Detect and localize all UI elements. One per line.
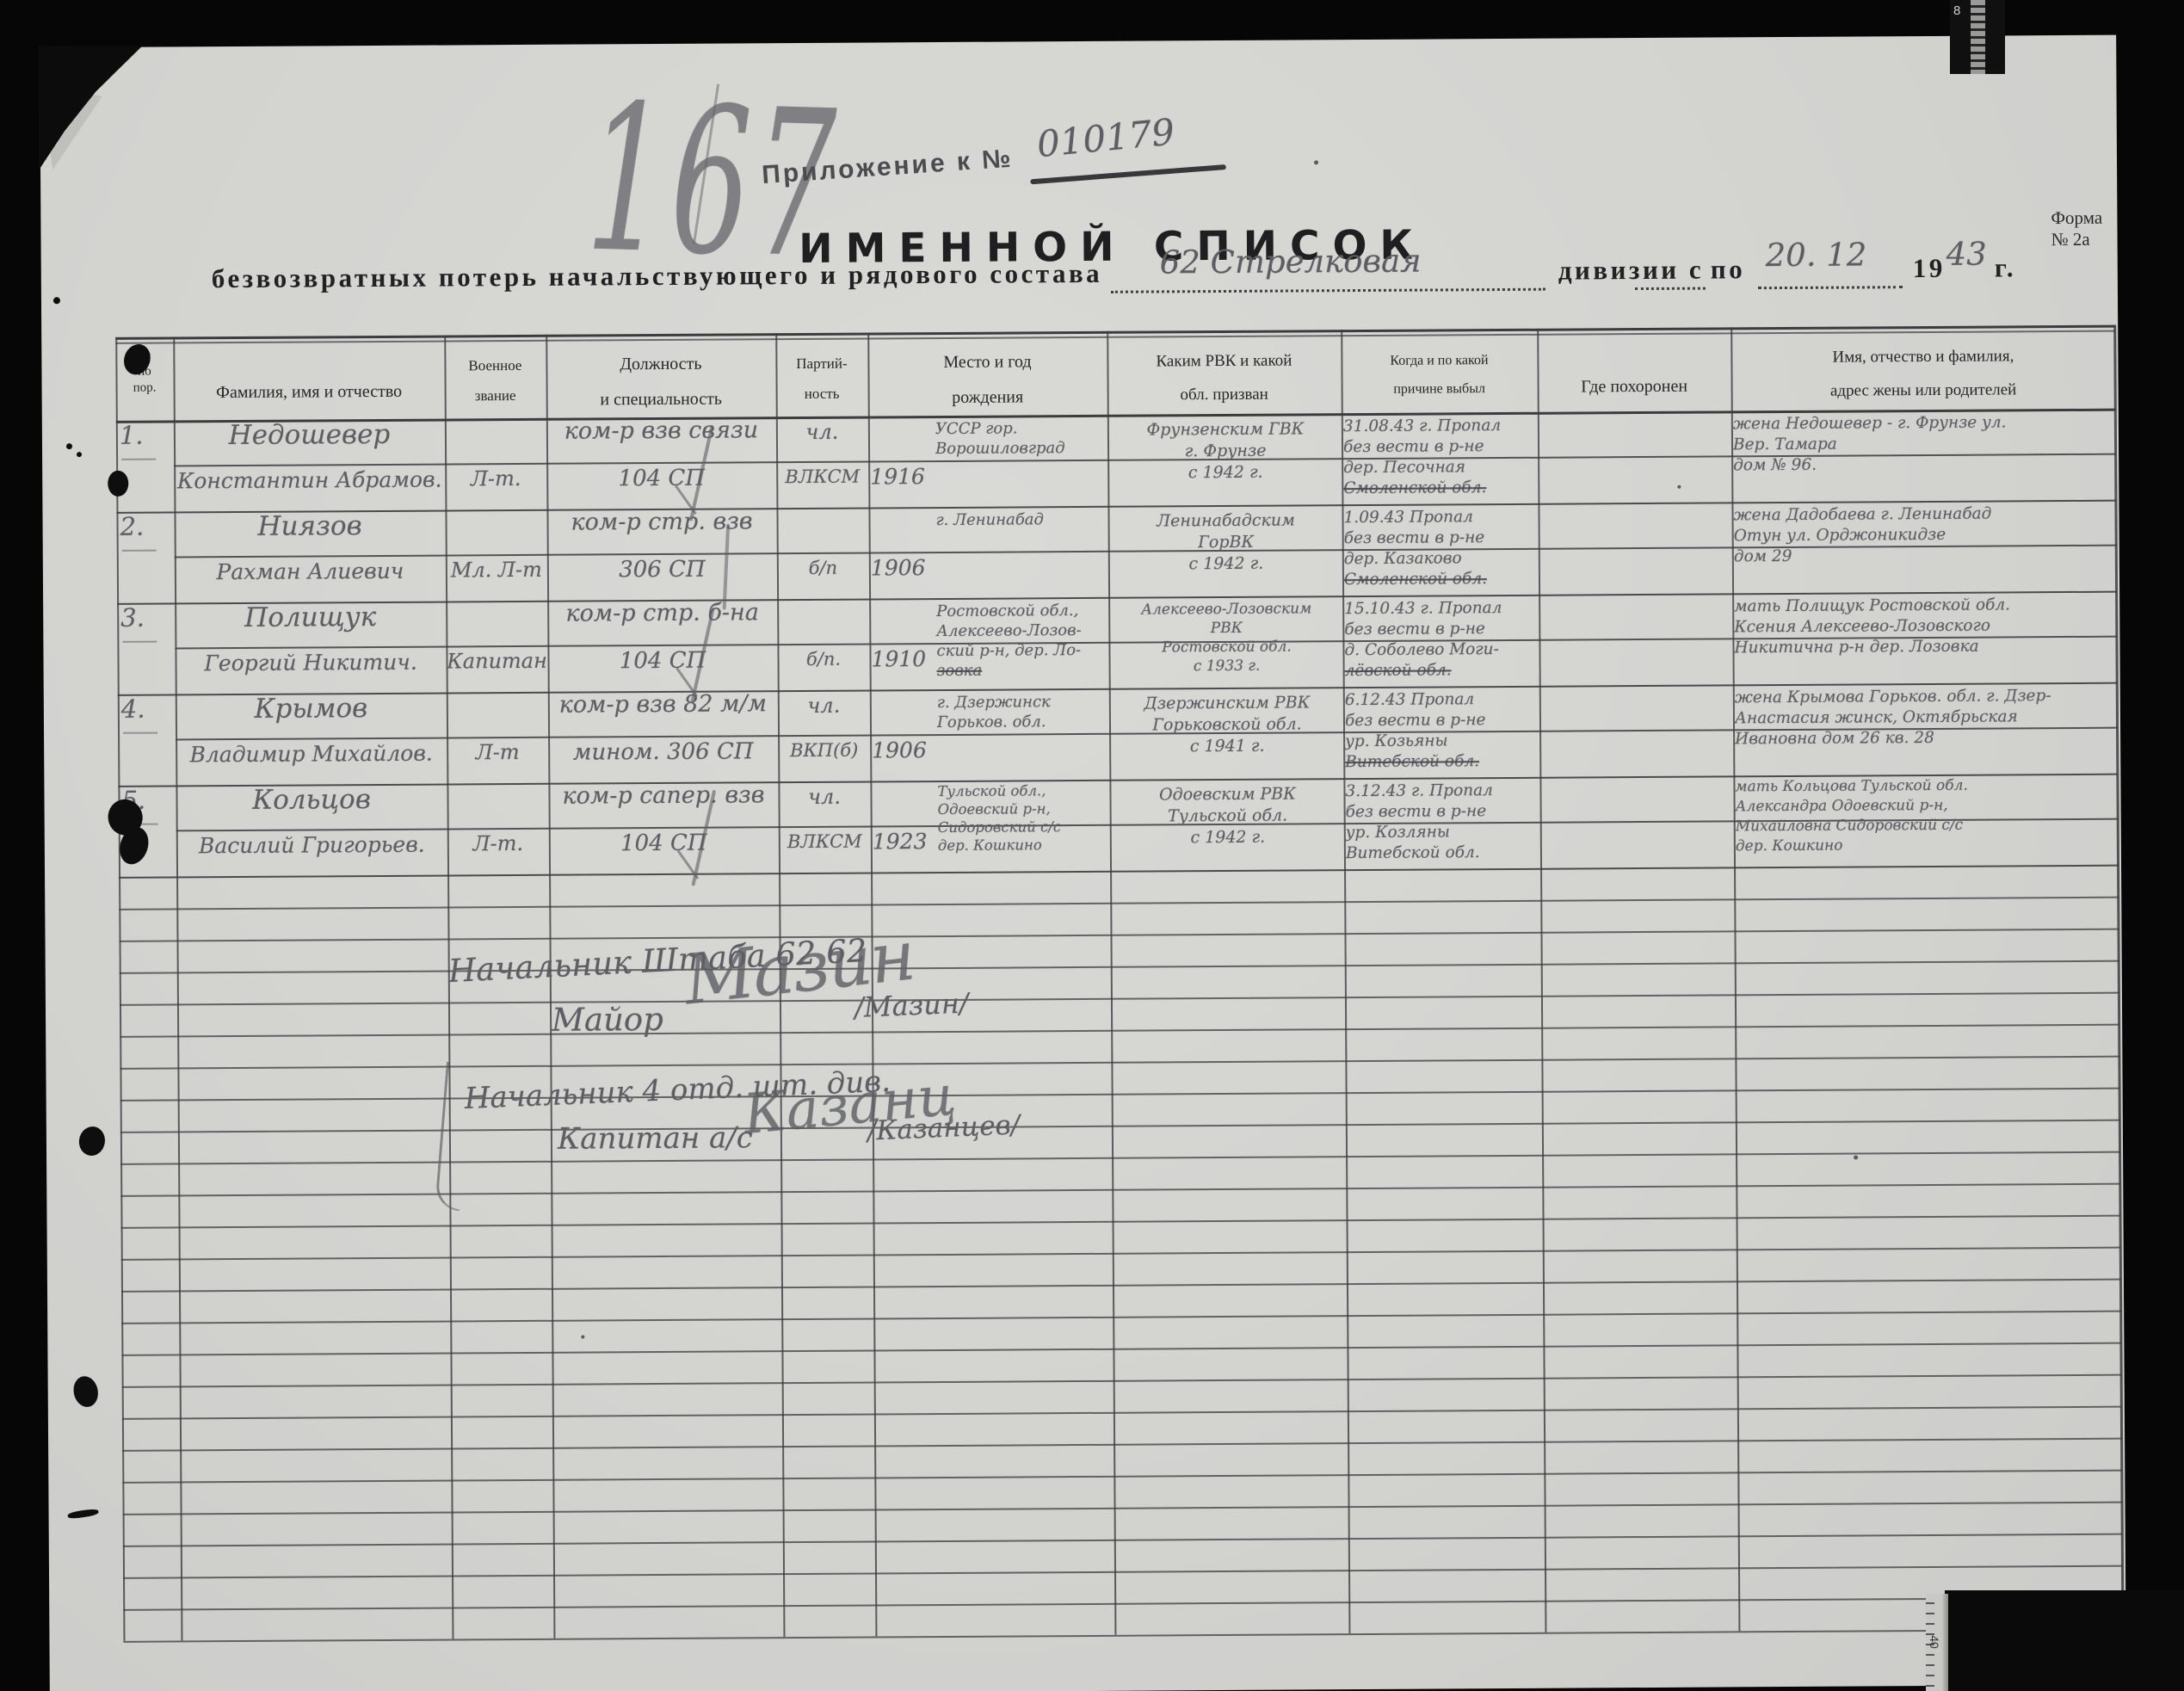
table-rule <box>119 897 2119 910</box>
paper-hole <box>71 1374 101 1410</box>
duty-line2: 104 СП <box>547 647 777 675</box>
year-print: 19 <box>1913 253 1946 284</box>
rank-cell: Л-т. <box>445 466 546 491</box>
table-rule <box>121 1279 2121 1293</box>
document-paper: 167 Приложение к № 010179 ИМЕННОЙ СПИСОК… <box>40 35 2126 1691</box>
surname: Полищук <box>175 602 446 634</box>
pencil-mark <box>67 1509 99 1520</box>
table-rule <box>120 1120 2120 1133</box>
lost-cell: 31.08.43 г. Пропал без вести в р-не дер.… <box>1343 416 1539 499</box>
duty-cell: ком-р взв связи 104 СП <box>546 417 777 509</box>
dotted-leader <box>1758 286 1903 289</box>
duty-line1: ком-р сапер. взв <box>548 781 778 810</box>
col-header-duty: Должность и специальность <box>546 346 775 418</box>
rank-cell: Мл. Л-т <box>446 558 547 583</box>
party-cell: чл. ВЛКСМ <box>778 781 871 873</box>
col-header-family-address: Имя, отчество и фамилия, адрес жены или … <box>1731 340 2115 410</box>
pencil-checkmark <box>679 424 716 526</box>
scan-ruler-top: 8 <box>1950 0 2005 74</box>
surname: Недошевер <box>174 419 445 452</box>
signature-block1-name: /Мазин/ <box>854 987 969 1024</box>
duty-cell: ком-р сапер. взв 104 СП <box>548 781 779 874</box>
birth-place: УССР гор. Ворошиловград <box>935 419 1065 458</box>
duty-line2: мином. 306 СП <box>548 738 778 766</box>
lost-cell: 3.12.43 г. Пропал без вести в р-не ур. К… <box>1345 781 1540 864</box>
birth-year: 1906 <box>871 555 938 580</box>
birth-year: 1910 <box>871 646 938 671</box>
birth-place: г. Дзержинск Горьков. обл. <box>937 693 1051 731</box>
ruler-top-label: 8 <box>1953 3 1960 18</box>
name-cell: Полищук Георгий Никитич. <box>175 602 447 694</box>
birth-place: Тульской обл., Одоевский р-н, Сидоровски… <box>937 782 1061 854</box>
lost-cell: 6.12.43 Пропал без вести в р-не ур. Козь… <box>1345 689 1540 773</box>
birth-place-cell: УССР гор. Ворошиловград <box>935 418 1109 459</box>
name-cell: Ниязов Рахман Алиевич <box>174 510 446 603</box>
birth-place-cell: Тульской обл., Одоевский р-н, Сидоровски… <box>937 781 1112 855</box>
duty-cell: ком-р стр. б-на 104 СП <box>547 599 778 692</box>
family-address-cell: жена Крымова Горьков. обл. г. Дзер- Анас… <box>1735 686 2118 750</box>
duty-line1: ком-р стр. б-на <box>547 599 777 627</box>
birth-place: г. Ленинабад <box>935 510 1044 529</box>
ink-blot <box>108 471 128 497</box>
table-rule <box>120 1183 2120 1197</box>
family-address-cell: мать Кольцова Тульской обл. Александра О… <box>1735 775 2119 857</box>
table-rule <box>122 1470 2122 1484</box>
duty-line1: ком-р взв связи <box>546 417 776 445</box>
party-cell: чл. ВЛКСМ <box>776 417 869 509</box>
ink-dot <box>77 452 82 457</box>
birth-place-cell: Ростовской обл., Алексеево-Лозов- ский р… <box>936 601 1111 681</box>
duty-line2: 104 СП <box>549 830 779 857</box>
lost-reason-struck: лёвской обл. <box>1345 661 1452 680</box>
party-line2: ВЛКСМ <box>776 466 868 488</box>
table-rule <box>121 1311 2121 1324</box>
lost-reason-struck: Смоленской обл. <box>1344 570 1487 589</box>
table-rule <box>120 929 2119 942</box>
party-line2: б/п <box>777 558 869 579</box>
table-rule <box>121 1215 2121 1229</box>
table-rule <box>122 1406 2122 1420</box>
stamp-underline <box>1030 164 1226 184</box>
given-names: Георгий Никитич. <box>175 650 446 676</box>
duty-line1: ком-р стр. взв <box>546 508 776 536</box>
row-number: 3. <box>120 602 172 632</box>
table-rule <box>120 960 2119 974</box>
col-header-rvk: Каким РВК и какой обл. призван <box>1107 344 1341 413</box>
lost-reason-struck: Витебской обл. <box>1345 752 1479 771</box>
rank-cell: Л-т. <box>447 831 549 856</box>
rank-cell: Л-т <box>447 740 548 765</box>
table-rule <box>120 1056 2119 1070</box>
surname: Кольцов <box>176 784 447 817</box>
birth-place-cell: г. Ленинабад <box>935 509 1109 530</box>
col-header-rank: Военное звание <box>444 351 546 411</box>
rank-cell: Капитан <box>446 649 547 674</box>
paper-hole <box>77 1125 107 1158</box>
lost-reason-struck: Смоленской обл. <box>1343 478 1486 497</box>
date-handwritten: 20. 12 <box>1766 236 1867 274</box>
rvk-cell: Ленинабадским ГорВК с 1942 г. <box>1110 509 1341 576</box>
party-line2: б/п. <box>777 649 869 670</box>
rvk-cell: Фрунзенским ГВК г. Фрунзе с 1942 г. <box>1110 418 1341 484</box>
table-rule <box>123 1534 2123 1547</box>
duty-line2: 104 СП <box>546 465 776 492</box>
party-line2: ВКП(б) <box>778 740 870 762</box>
birth-place-struck: зовка <box>937 662 983 680</box>
table-row: 2. Ниязов Рахман Алиевич Мл. Л-т ком-р с… <box>116 500 2117 603</box>
signature-block2-rank: Капитан а/с <box>558 1120 753 1156</box>
table-row: 1. Недошевер Константин Абрамов. Л-т. ко… <box>116 409 2117 512</box>
given-names: Владимир Михайлов. <box>176 741 447 768</box>
rvk-cell: Одоевским РВК Тульской обл. с 1942 г. <box>1112 783 1342 849</box>
party-line1: чл. <box>776 420 868 445</box>
given-names: Константин Абрамов. <box>174 467 445 494</box>
surname: Крымов <box>176 693 447 725</box>
dotted-leader <box>1635 287 1706 291</box>
family-address-cell: жена Недошевер - г. Фрунзе ул. Вер. Тама… <box>1733 412 2116 477</box>
lost-reason: 6.12.43 Пропал без вести в р-не ур. Козь… <box>1345 690 1486 750</box>
birth-year: 1923 <box>873 829 940 854</box>
year-handwritten: 43 <box>1946 236 1987 273</box>
col-header-party: Партий- ность <box>775 349 867 410</box>
family-address-cell: жена Дадобаева г. Ленинабад Отун ул. Орд… <box>1733 503 2116 568</box>
given-names: Василий Григорьев. <box>176 832 447 859</box>
rvk-cell: Алексеево-Лозовским РВК Ростовской обл. … <box>1111 599 1342 676</box>
table-rule <box>123 1597 2123 1611</box>
pencil-checkmark <box>681 789 718 891</box>
birth-place-cell: г. Дзержинск Горьков. обл. <box>937 692 1111 732</box>
duty-line2: 306 СП <box>547 556 777 583</box>
ink-dot <box>66 443 72 449</box>
name-cell: Недошевер Константин Абрамов. <box>174 419 446 512</box>
duty-cell: ком-р стр. взв 306 СП <box>546 508 777 601</box>
birth-place: Ростовской обл., Алексеево-Лозов- ский р… <box>936 602 1082 660</box>
pencil-checkmark <box>680 607 717 708</box>
col-header-buried: Где похоронен <box>1537 368 1731 404</box>
party-line1: чл. <box>778 785 870 810</box>
signature-block2-name: /Казанцев/ <box>867 1109 1021 1146</box>
party-cell: чл. ВКП(б) <box>778 690 871 782</box>
row-number: 2. <box>120 511 171 540</box>
table-rule <box>123 1502 2123 1515</box>
subtitle-po: по <box>1711 254 1746 285</box>
table-rule <box>120 992 2119 1006</box>
table-rule <box>123 1565 2123 1579</box>
table-rule <box>121 1342 2121 1356</box>
party-line2: ВЛКСМ <box>779 831 871 853</box>
col-header-birth: Место и год рождения <box>867 344 1107 417</box>
given-names: Рахман Алиевич <box>175 559 446 585</box>
table-rule <box>122 1374 2122 1388</box>
col-header-when-lost: Когда и по какой причине выбыл <box>1341 347 1537 404</box>
stamp-number-handwritten: 010179 <box>1035 110 1176 165</box>
duty-line1: ком-р взв 82 м/м <box>548 690 778 719</box>
row-number: 1. <box>120 420 171 449</box>
lost-cell: 15.10.43 г. Пропал без вести в р-не д. С… <box>1344 598 1539 682</box>
name-cell: Кольцов Василий Григорьев. <box>176 784 447 877</box>
division-handwritten: 62 Стрелковая <box>1160 243 1422 281</box>
scan-ruler-bottom: 40 <box>1926 1594 1948 1691</box>
party-cell: б/п. <box>777 599 870 691</box>
surname: Ниязов <box>174 510 445 543</box>
duty-cell: ком-р взв 82 м/м мином. 306 СП <box>548 690 779 783</box>
ruler-bottom-label: 40 <box>1928 1635 1941 1649</box>
ruler-ticks <box>1971 0 1985 74</box>
table-rule <box>115 325 2115 340</box>
table-rule <box>120 1088 2120 1102</box>
scan-black-corner <box>1945 1590 2184 1691</box>
row-number: 4. <box>121 694 173 723</box>
lost-reason: 3.12.43 г. Пропал без вести в р-не ур. К… <box>1345 781 1493 862</box>
signature-block1-rank: Майор <box>552 1001 663 1039</box>
dotted-leader <box>1111 288 1545 293</box>
birth-year: 1906 <box>872 737 939 762</box>
birth-year: 1916 <box>870 464 937 489</box>
lost-reason: 15.10.43 г. Пропал без вести в р-не д. С… <box>1344 599 1502 659</box>
lost-reason: 1.09.43 Пропал без вести в р-не дер. Каз… <box>1343 508 1484 568</box>
party-line1: чл. <box>778 694 870 719</box>
table-row: 5. Кольцов Василий Григорьев. Л-т. ком-р… <box>118 774 2119 877</box>
col-header-name: Фамилия, имя и отчество <box>173 374 444 411</box>
table-rule <box>122 1438 2122 1452</box>
table-rule <box>123 1629 2123 1643</box>
year-suffix: г. <box>1995 252 2017 283</box>
ink-dot <box>53 297 60 304</box>
table-row: 3. Полищук Георгий Никитич. Капитан ком-… <box>117 591 2118 694</box>
rvk-cell: Дзержинским РВК Горьковской обл. с 1941 … <box>1112 692 1342 758</box>
table-rule <box>121 1247 2121 1261</box>
party-cell: б/п <box>776 508 869 600</box>
table-rule <box>120 1151 2120 1165</box>
scanned-document-scene: 167 Приложение к № 010179 ИМЕННОЙ СПИСОК… <box>0 0 2184 1691</box>
lost-cell: 1.09.43 Пропал без вести в р-не дер. Каз… <box>1343 507 1539 590</box>
table-rule <box>120 1024 2119 1038</box>
table-row: 4. Крымов Владимир Михайлов. Л-т ком-р в… <box>118 682 2119 786</box>
name-cell: Крымов Владимир Михайлов. <box>176 693 447 786</box>
subtitle-division-word: дивизии с <box>1558 255 1705 287</box>
party-line1 <box>776 511 868 512</box>
lost-reason: 31.08.43 г. Пропал без вести в р-не дер.… <box>1343 417 1501 477</box>
party-line1 <box>777 602 869 603</box>
form-number-label: Форма № 2а <box>2051 207 2117 250</box>
family-address-cell: мать Полищук Ростовской обл. Ксения Алек… <box>1734 595 2117 659</box>
